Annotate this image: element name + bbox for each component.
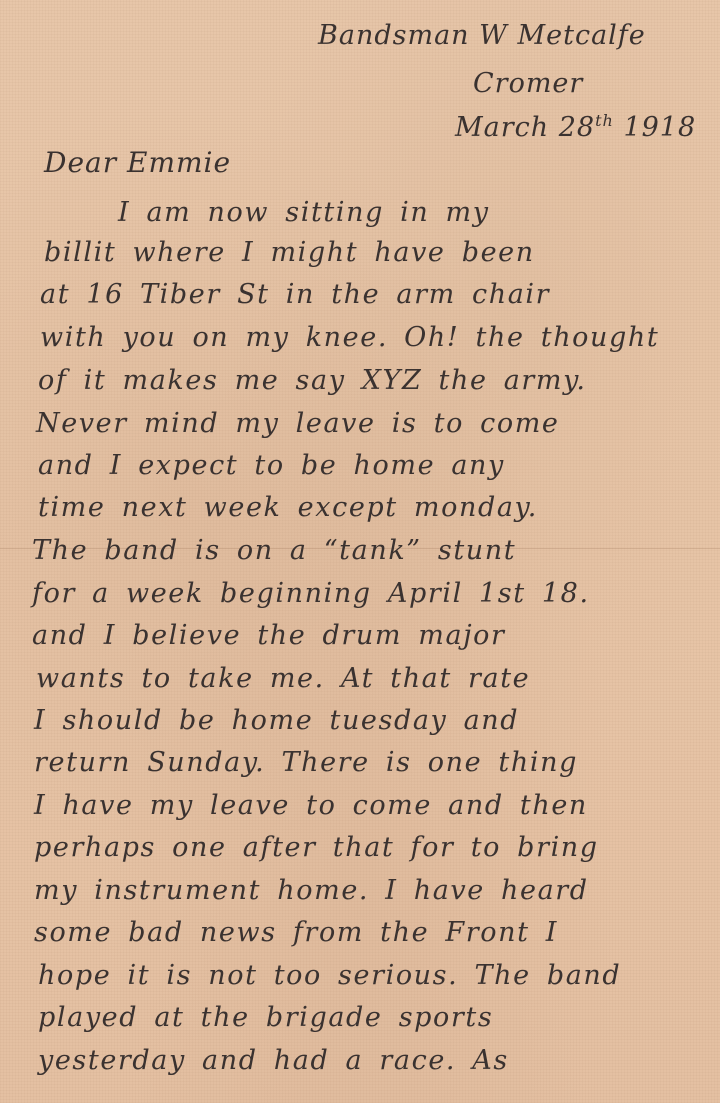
letter-page: Bandsman W Metcalfe Cromer March 28th 19… — [0, 0, 720, 1103]
body-line: wants to take me. At that rate — [36, 663, 530, 694]
body-line: billit where I might have been — [44, 237, 535, 268]
body-line: at 16 Tiber St in the arm chair — [40, 279, 550, 310]
date-year: 1918 — [623, 112, 696, 143]
body-line: played at the brigade sports — [38, 1002, 493, 1033]
body-line: The band is on a “tank” stunt — [32, 535, 516, 566]
body-line: and I believe the drum major — [32, 620, 506, 651]
body-line: for a week beginning April 1st 18. — [32, 578, 590, 609]
body-line: time next week except monday. — [38, 492, 538, 523]
sender-name: Bandsman W Metcalfe — [318, 20, 646, 51]
body-line: perhaps one after that for to bring — [34, 832, 599, 863]
body-line: return Sunday. There is one thing — [34, 747, 578, 778]
body-line: I have my leave to come and then — [34, 790, 588, 821]
body-line: with you on my knee. Oh! the thought — [40, 322, 659, 353]
date-day: March 28 — [455, 112, 595, 143]
body-line: yesterday and had a race. As — [38, 1045, 509, 1076]
body-line: I am now sitting in my — [118, 197, 490, 228]
date-ordinal: th — [595, 111, 614, 130]
sender-location: Cromer — [473, 68, 583, 99]
body-line: my instrument home. I have heard — [34, 875, 589, 906]
body-line: hope it is not too serious. The band — [38, 960, 621, 991]
body-line: of it makes me say XYZ the army. — [38, 365, 587, 396]
salutation: Dear Emmie — [44, 146, 231, 179]
body-line: I should be home tuesday and — [34, 705, 519, 736]
body-line: and I expect to be home any — [38, 450, 505, 481]
letter-date: March 28th 1918 — [455, 111, 696, 143]
body-line: some bad news from the Front I — [34, 917, 558, 948]
body-line: Never mind my leave is to come — [36, 408, 560, 439]
